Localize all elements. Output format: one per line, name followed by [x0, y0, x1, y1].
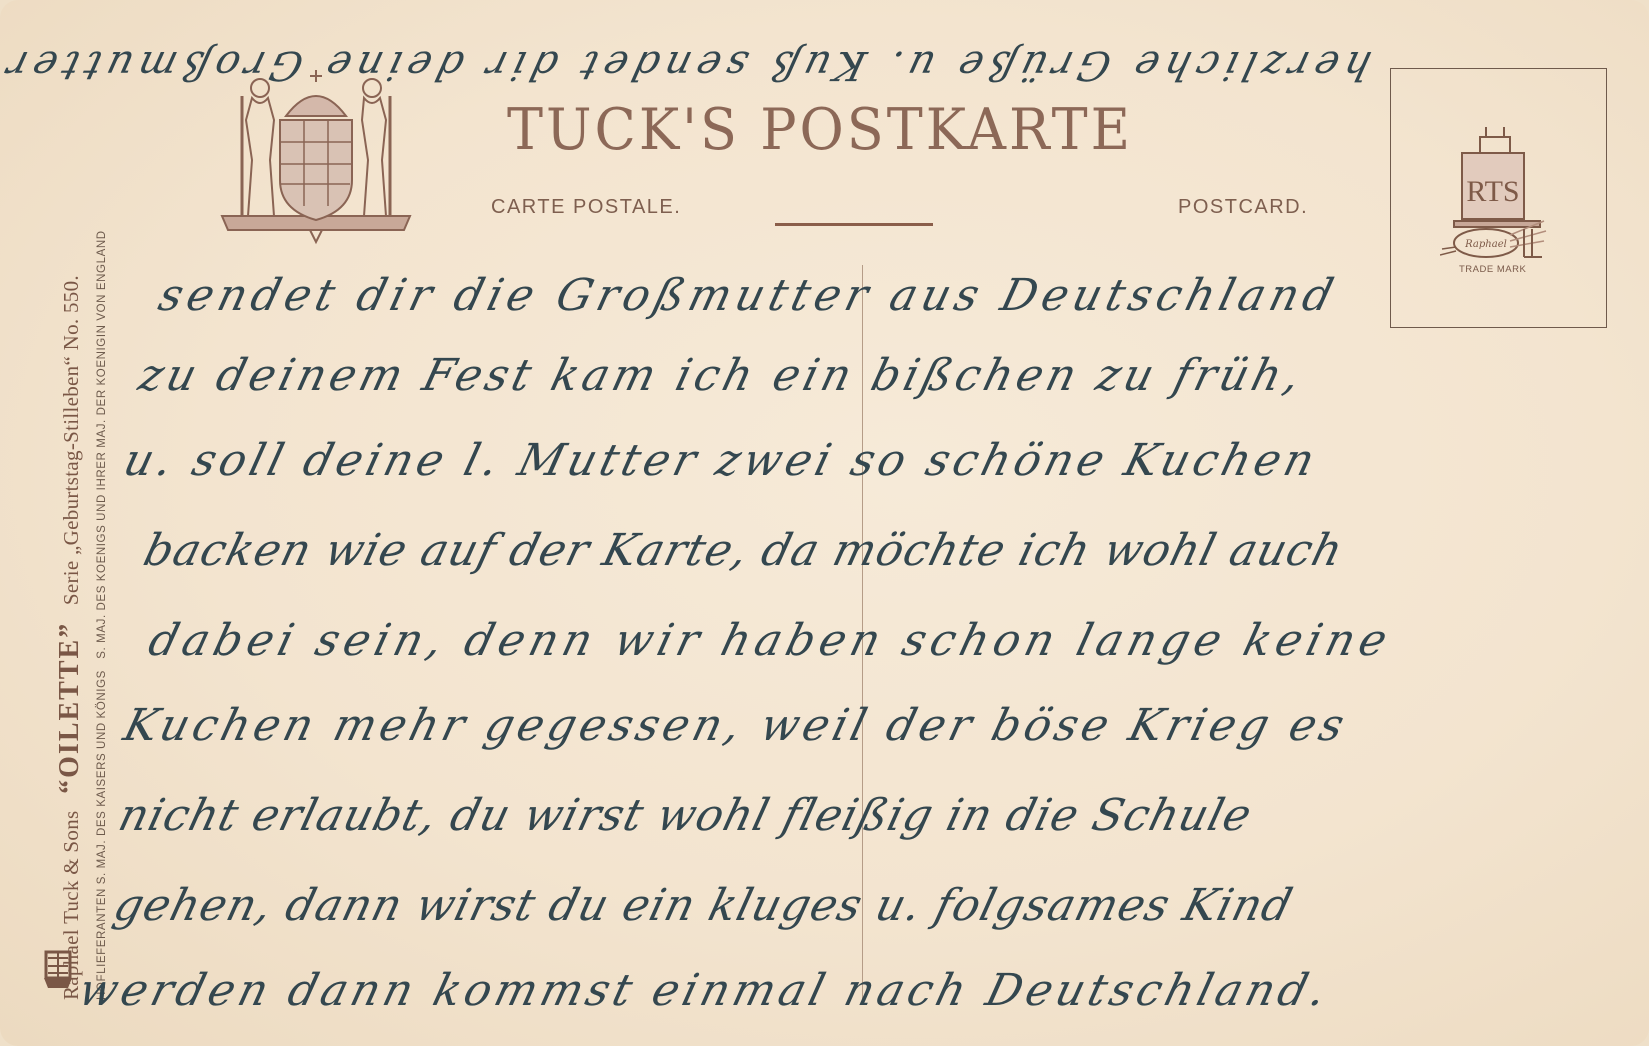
handwritten-line: u. soll deine l. Mutter zwei so schöne K… [119, 435, 1324, 486]
handwritten-line: dabei sein, denn wir haben schon lange k… [144, 615, 1397, 666]
warrant-line-a: HOFLIEFERANTEN S. MAJ. DES KAISERS UND K… [96, 670, 108, 1000]
handwritten-line: Kuchen mehr gegessen, weil der böse Krie… [119, 700, 1353, 751]
subtitle-postcard: POSTCARD. [1178, 196, 1308, 219]
trademark-monogram: RTS [1466, 175, 1519, 208]
title-rule [775, 223, 933, 226]
royal-warrant: HOFLIEFERANTEN S. MAJ. DES KAISERS UND K… [96, 230, 108, 1000]
handwritten-line: zu deinem Fest kam ich ein bißchen zu fr… [134, 350, 1310, 401]
warrant-line-b: S. MAJ. DES KOENIGS UND IHRER MAJ. DER K… [96, 230, 108, 658]
handwritten-line: sendet dir die Großmutter aus Deutschlan… [154, 270, 1343, 321]
svg-text:Raphael: Raphael [1464, 239, 1507, 250]
handwritten-line: nicht erlaubt, du wirst wohl fleißig in … [114, 790, 1258, 841]
publisher-series: Serie „Geburtstag-Stilleben“ No. 550. [59, 275, 83, 605]
easel-trademark-icon: RTS Raphael [1440, 125, 1550, 275]
publisher-brand: “OILETTE” [54, 622, 85, 794]
handwritten-line: backen wie auf der Karte, da möchte ich … [139, 525, 1349, 576]
trademark-label: TRADE MARK [1459, 264, 1526, 275]
handwritten-line: werden dann kommst einmal nach Deutschla… [74, 965, 1336, 1016]
publisher-imprint: Raphael Tuck & Sons “OILETTE” Serie „Geb… [54, 275, 86, 1000]
handwritten-upside-down-line: herzliche Grüße u. Kuß sendet dir deine … [134, 42, 1375, 88]
card-title: TUCK'S POSTKARTE [507, 96, 1133, 162]
subtitle-carte-postale: CARTE POSTALE. [491, 196, 681, 219]
postcard-back: Raphael Tuck & Sons “OILETTE” Serie „Geb… [0, 0, 1649, 1046]
tuck-easel-logo-icon [40, 948, 76, 992]
handwritten-line: gehen, dann wirst du ein kluges u. folgs… [109, 880, 1298, 931]
royal-coat-of-arms-icon [218, 66, 414, 246]
